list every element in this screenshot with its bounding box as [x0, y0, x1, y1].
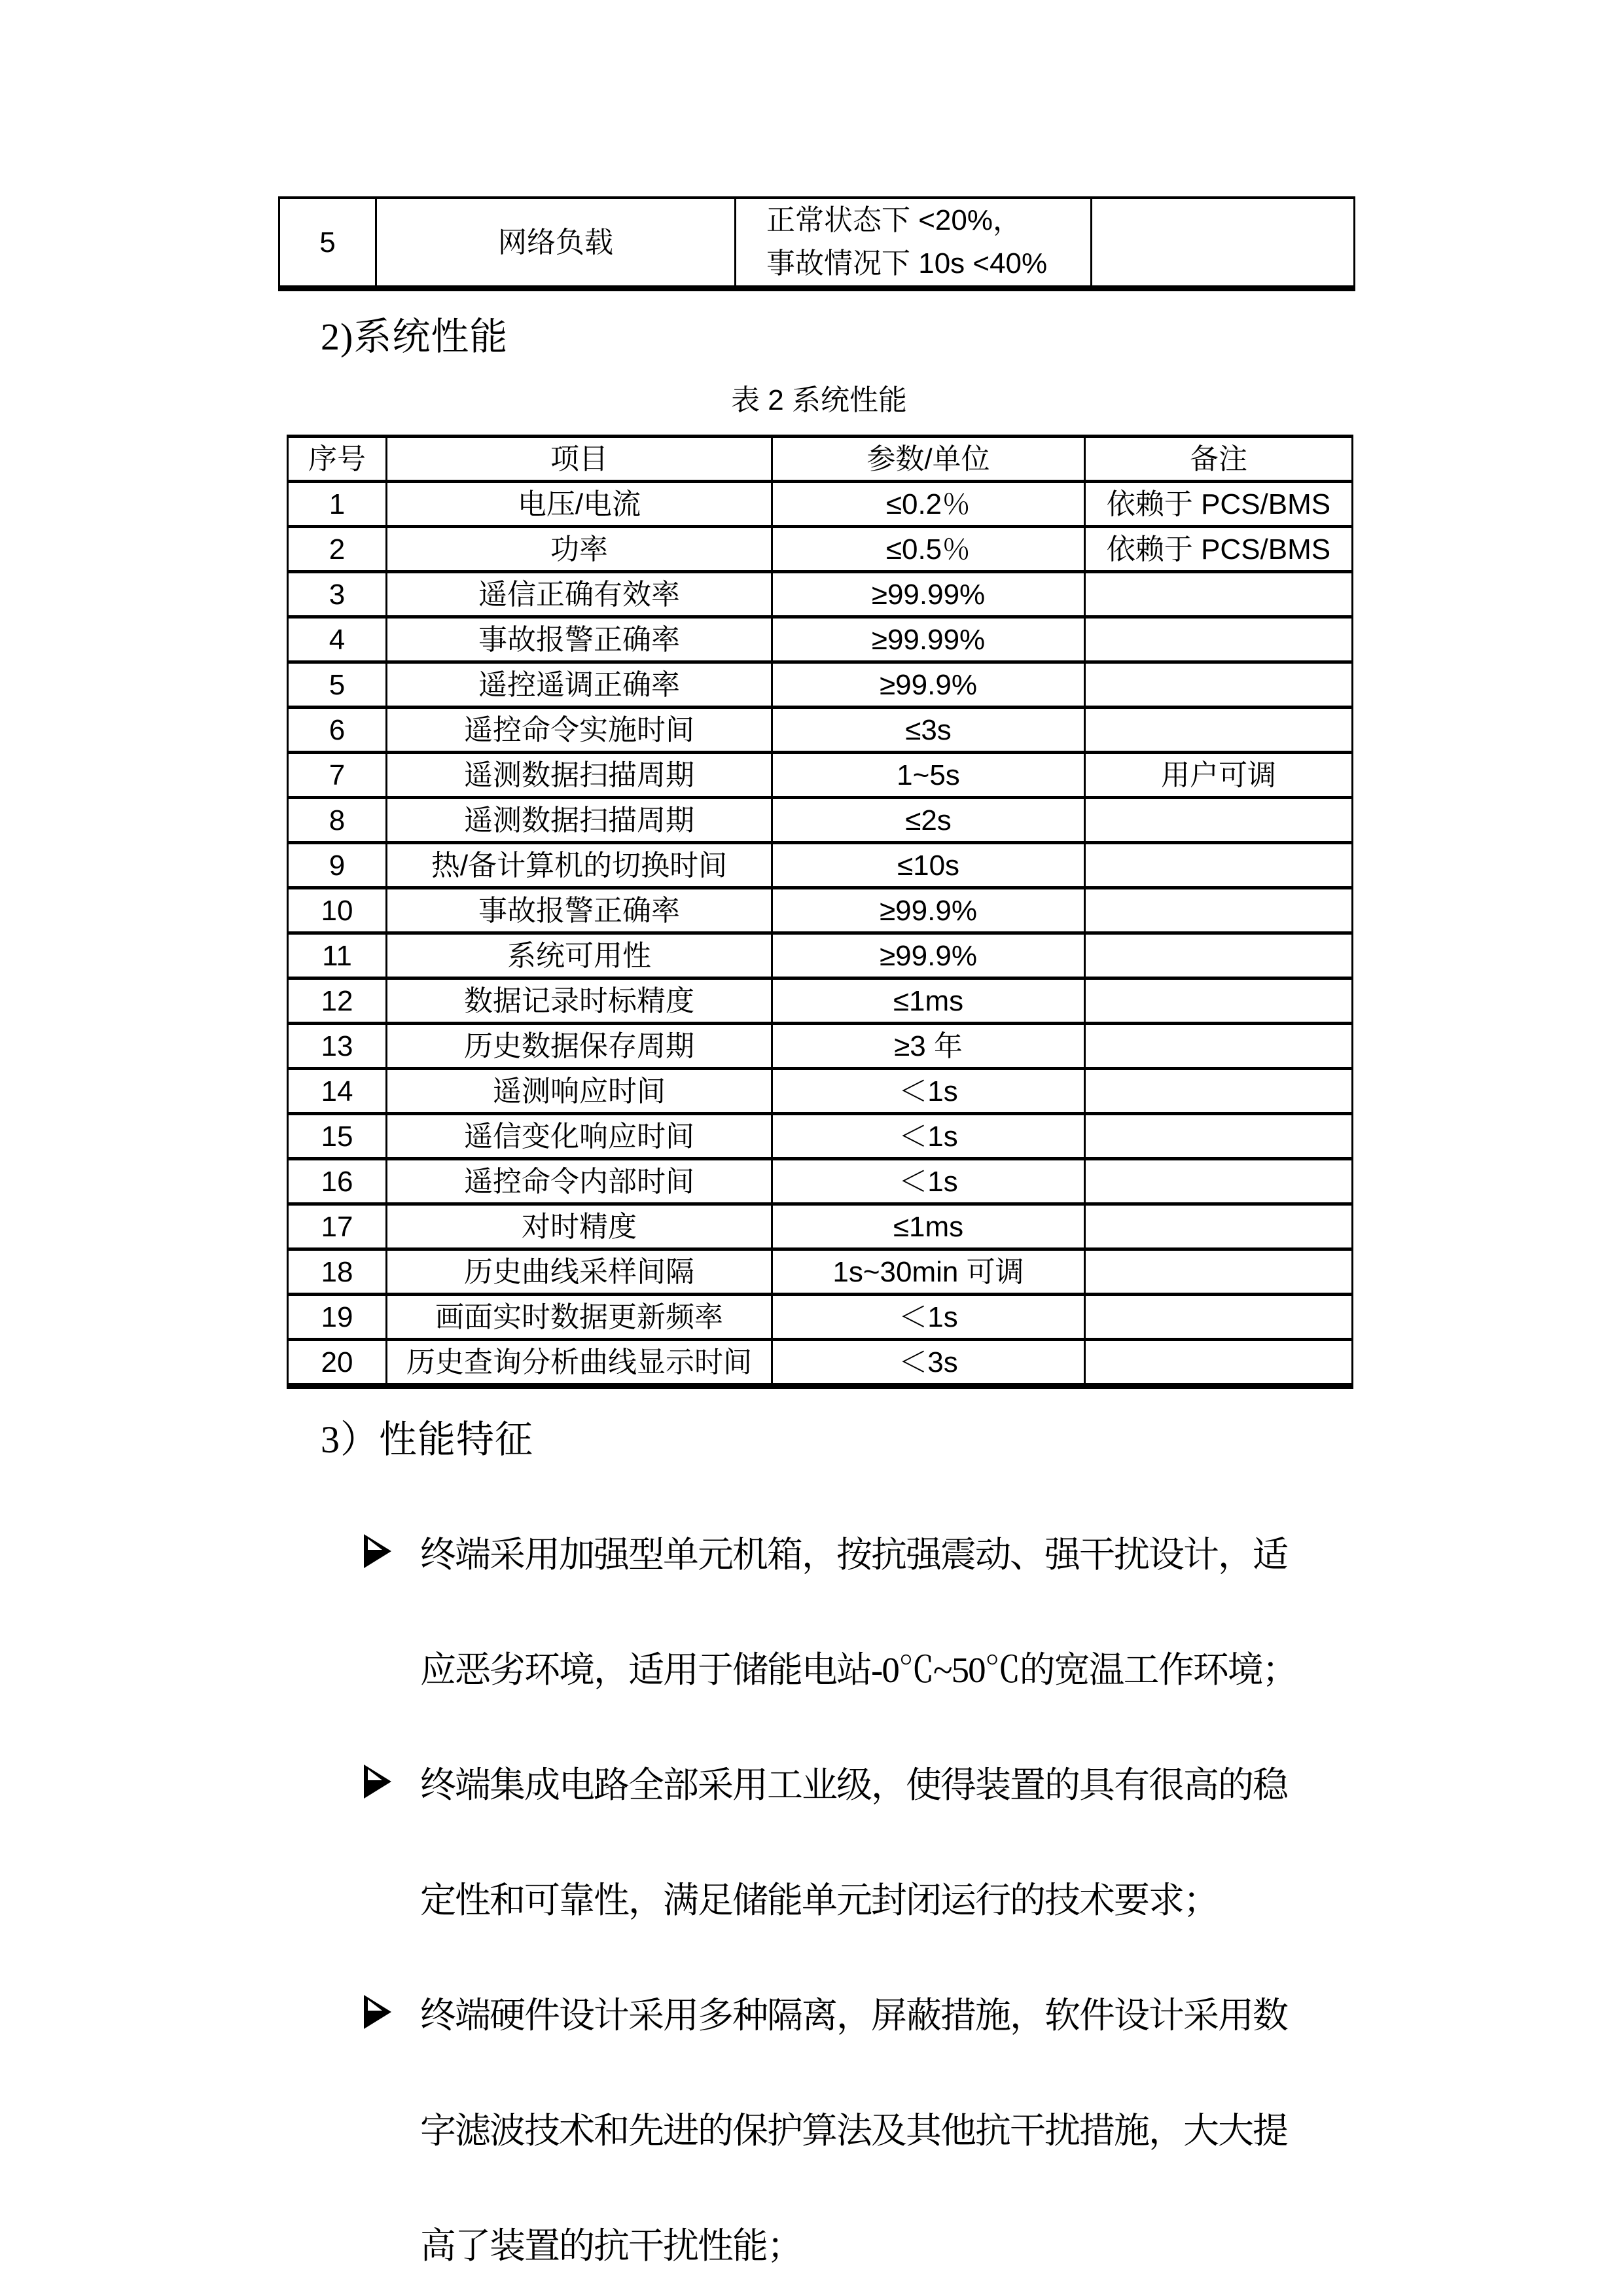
item-cell: 事故报警正确率 [387, 617, 772, 662]
table-row: 11 系统可用性 ≥99.9% [288, 933, 1353, 978]
seq-cell: 4 [288, 617, 387, 662]
remark-cell [1085, 933, 1353, 978]
remark-cell [1085, 1249, 1353, 1295]
table-row: 14 遥测响应时间 ＜1s [288, 1069, 1353, 1114]
param-cell: ≤1ms [772, 978, 1085, 1024]
bullet-list: 终端采用加强型单元机箱，按抗强震动、强干扰设计，适 应恶劣环境，适用于储能电站-… [364, 1494, 1297, 2296]
table-row: 15 遥信变化响应时间 ＜1s [288, 1114, 1353, 1159]
remark-cell [1085, 1069, 1353, 1114]
seq-cell: 5 [279, 198, 376, 289]
remark-cell [1085, 843, 1353, 888]
table-row: 8 遥测数据扫描周期 ≤2s [288, 798, 1353, 843]
item-cell: 历史数据保存周期 [387, 1024, 772, 1069]
item-cell: 电压/电流 [387, 482, 772, 527]
table-row: 9 热/备计算机的切换时间 ≤10s [288, 843, 1353, 888]
remark-cell [1085, 978, 1353, 1024]
table-row: 6 遥控命令实施时间 ≤3s [288, 708, 1353, 753]
table-row: 4 事故报警正确率 ≥99.99% [288, 617, 1353, 662]
bullet-marker-slot [364, 1534, 420, 1568]
remark-cell [1085, 1340, 1353, 1386]
bullet-text: 应恶劣环境，适用于储能电站-0℃~50℃的宽温工作环境； [420, 1641, 1297, 1693]
bullet-marker-slot [364, 1880, 420, 1914]
remark-cell: 依赖于 PCS/BMS [1085, 482, 1353, 527]
seq-cell: 2 [288, 527, 387, 572]
param-cell: ＜1s [772, 1159, 1085, 1204]
table-row: 1 电压/电流 ≤0.2％ 依赖于 PCS/BMS [288, 482, 1353, 527]
col-header-seq: 序号 [288, 437, 387, 482]
param-cell: 正常状态下 <20%， 事故情况下 10s <40% [736, 198, 1092, 289]
table-row: 7 遥测数据扫描周期 1~5s 用户可调 [288, 753, 1353, 798]
bullet-arrow-icon [364, 1995, 391, 2029]
table-row: 10 事故报警正确率 ≥99.9% [288, 888, 1353, 933]
system-performance-table: 序号 项目 参数/单位 备注 1 电压/电流 ≤0.2％ 依赖于 PCS/BMS… [287, 435, 1353, 1389]
table-row: 2 功率 ≤0.5％ 依赖于 PCS/BMS [288, 527, 1353, 572]
item-cell: 数据记录时标精度 [387, 978, 772, 1024]
seq-cell: 5 [288, 662, 387, 708]
param-cell: ＜1s [772, 1069, 1085, 1114]
table-row: 20 历史查询分析曲线显示时间 ＜3s [288, 1340, 1353, 1386]
seq-cell: 18 [288, 1249, 387, 1295]
seq-cell: 6 [288, 708, 387, 753]
seq-cell: 16 [288, 1159, 387, 1204]
remark-cell [1085, 1159, 1353, 1204]
seq-cell: 11 [288, 933, 387, 978]
seq-cell: 15 [288, 1114, 387, 1159]
bullet-line: 定性和可靠性，满足储能单元封闭运行的技术要求； [364, 1839, 1297, 1954]
param-cell: ＜1s [772, 1295, 1085, 1340]
seq-cell: 8 [288, 798, 387, 843]
item-cell: 遥信正确有效率 [387, 572, 772, 617]
param-cell: ≥99.9% [772, 888, 1085, 933]
param-cell: ≥99.9% [772, 933, 1085, 978]
remark-cell [1085, 708, 1353, 753]
table2-caption: 表 2 系统性能 [287, 383, 1351, 418]
remark-cell [1085, 798, 1353, 843]
remark-cell [1085, 1114, 1353, 1159]
item-cell: 遥测数据扫描周期 [387, 798, 772, 843]
item-cell: 热/备计算机的切换时间 [387, 843, 772, 888]
param-cell: ≤1ms [772, 1204, 1085, 1249]
bullet-text: 高了装置的抗干扰性能； [420, 2217, 802, 2269]
remark-cell [1092, 198, 1355, 289]
param-cell: ≤3s [772, 708, 1085, 753]
remark-cell [1085, 572, 1353, 617]
table-row: 5 网络负载 正常状态下 <20%， 事故情况下 10s <40% [279, 198, 1355, 289]
item-cell: 历史查询分析曲线显示时间 [387, 1340, 772, 1386]
seq-cell: 20 [288, 1340, 387, 1386]
bullet-text: 终端集成电路全部采用工业级，使得装置的具有很高的稳 [420, 1756, 1287, 1808]
document-page: 5 网络负载 正常状态下 <20%， 事故情况下 10s <40% 2)系统性能… [0, 0, 1623, 2296]
item-cell: 网络负载 [376, 198, 736, 289]
bullet-text: 定性和可靠性，满足储能单元封闭运行的技术要求； [420, 1871, 1218, 1923]
param-cell: 1s~30min 可调 [772, 1249, 1085, 1295]
param-cell: ≤0.2％ [772, 482, 1085, 527]
seq-cell: 10 [288, 888, 387, 933]
remark-cell [1085, 1024, 1353, 1069]
item-cell: 功率 [387, 527, 772, 572]
remark-cell [1085, 1204, 1353, 1249]
param-cell: ≥99.9% [772, 662, 1085, 708]
seq-cell: 17 [288, 1204, 387, 1249]
param-line-1: 正常状态下 <20%， [766, 199, 1090, 242]
table-row: 16 遥控命令内部时间 ＜1s [288, 1159, 1353, 1204]
table-row: 3 遥信正确有效率 ≥99.99% [288, 572, 1353, 617]
remark-cell [1085, 617, 1353, 662]
bullet-marker-slot [364, 1765, 420, 1799]
remark-cell [1085, 662, 1353, 708]
remark-cell: 用户可调 [1085, 753, 1353, 798]
bullet-text: 终端硬件设计采用多种隔离，屏蔽措施，软件设计采用数 [420, 1986, 1287, 2038]
table-row: 18 历史曲线采样间隔 1s~30min 可调 [288, 1249, 1353, 1295]
param-cell: ≥99.99% [772, 572, 1085, 617]
seq-cell: 19 [288, 1295, 387, 1340]
bullet-line: 终端采用加强型单元机箱，按抗强震动、强干扰设计，适 [364, 1494, 1297, 1609]
table-header-row: 序号 项目 参数/单位 备注 [288, 437, 1353, 482]
col-header-remark: 备注 [1085, 437, 1353, 482]
table-row: 19 画面实时数据更新频率 ＜1s [288, 1295, 1353, 1340]
table1-continuation: 5 网络负载 正常状态下 <20%， 事故情况下 10s <40% [278, 196, 1355, 291]
item-cell: 画面实时数据更新频率 [387, 1295, 772, 1340]
item-cell: 事故报警正确率 [387, 888, 772, 933]
col-header-item: 项目 [387, 437, 772, 482]
seq-cell: 14 [288, 1069, 387, 1114]
param-cell: ≤0.5％ [772, 527, 1085, 572]
bullet-marker-slot [364, 2110, 420, 2144]
bullet-line: 高了装置的抗干扰性能； [364, 2185, 1297, 2296]
seq-cell: 3 [288, 572, 387, 617]
bullet-text: 终端采用加强型单元机箱，按抗强震动、强干扰设计，适 [420, 1526, 1287, 1577]
table-row: 5 遥控遥调正确率 ≥99.9% [288, 662, 1353, 708]
item-cell: 系统可用性 [387, 933, 772, 978]
bullet-text: 字滤波技术和先进的保护算法及其他抗干扰措施，大大提 [420, 2102, 1287, 2153]
seq-cell: 1 [288, 482, 387, 527]
bullet-line: 字滤波技术和先进的保护算法及其他抗干扰措施，大大提 [364, 2070, 1297, 2185]
seq-cell: 13 [288, 1024, 387, 1069]
seq-cell: 7 [288, 753, 387, 798]
bullet-arrow-icon [364, 1765, 391, 1799]
table-row: 13 历史数据保存周期 ≥3 年 [288, 1024, 1353, 1069]
item-cell: 遥控遥调正确率 [387, 662, 772, 708]
item-cell: 遥测数据扫描周期 [387, 753, 772, 798]
remark-cell: 依赖于 PCS/BMS [1085, 527, 1353, 572]
bullet-line: 应恶劣环境，适用于储能电站-0℃~50℃的宽温工作环境； [364, 1609, 1297, 1724]
bullet-arrow-icon [364, 1534, 391, 1568]
item-cell: 遥信变化响应时间 [387, 1114, 772, 1159]
bullet-line: 终端硬件设计采用多种隔离，屏蔽措施，软件设计采用数 [364, 1954, 1297, 2070]
bullet-line: 终端集成电路全部采用工业级，使得装置的具有很高的稳 [364, 1724, 1297, 1839]
param-cell: ＜1s [772, 1114, 1085, 1159]
section-heading-performance-features: 3）性能特征 [321, 1414, 533, 1466]
param-cell: ≤2s [772, 798, 1085, 843]
param-cell: ≤10s [772, 843, 1085, 888]
remark-cell [1085, 888, 1353, 933]
bullet-marker-slot [364, 1649, 420, 1683]
table-row: 17 对时精度 ≤1ms [288, 1204, 1353, 1249]
param-line-2: 事故情况下 10s <40% [766, 242, 1090, 285]
item-cell: 遥控命令实施时间 [387, 708, 772, 753]
item-cell: 历史曲线采样间隔 [387, 1249, 772, 1295]
section-heading-system-performance: 2)系统性能 [321, 311, 508, 363]
param-cell: ＜3s [772, 1340, 1085, 1386]
bullet-marker-slot [364, 2225, 420, 2259]
bullet-marker-slot [364, 1995, 420, 2029]
seq-cell: 9 [288, 843, 387, 888]
param-cell: ≥3 年 [772, 1024, 1085, 1069]
seq-cell: 12 [288, 978, 387, 1024]
param-cell: 1~5s [772, 753, 1085, 798]
item-cell: 对时精度 [387, 1204, 772, 1249]
col-header-param: 参数/单位 [772, 437, 1085, 482]
table-row: 12 数据记录时标精度 ≤1ms [288, 978, 1353, 1024]
param-cell: ≥99.99% [772, 617, 1085, 662]
remark-cell [1085, 1295, 1353, 1340]
item-cell: 遥控命令内部时间 [387, 1159, 772, 1204]
item-cell: 遥测响应时间 [387, 1069, 772, 1114]
